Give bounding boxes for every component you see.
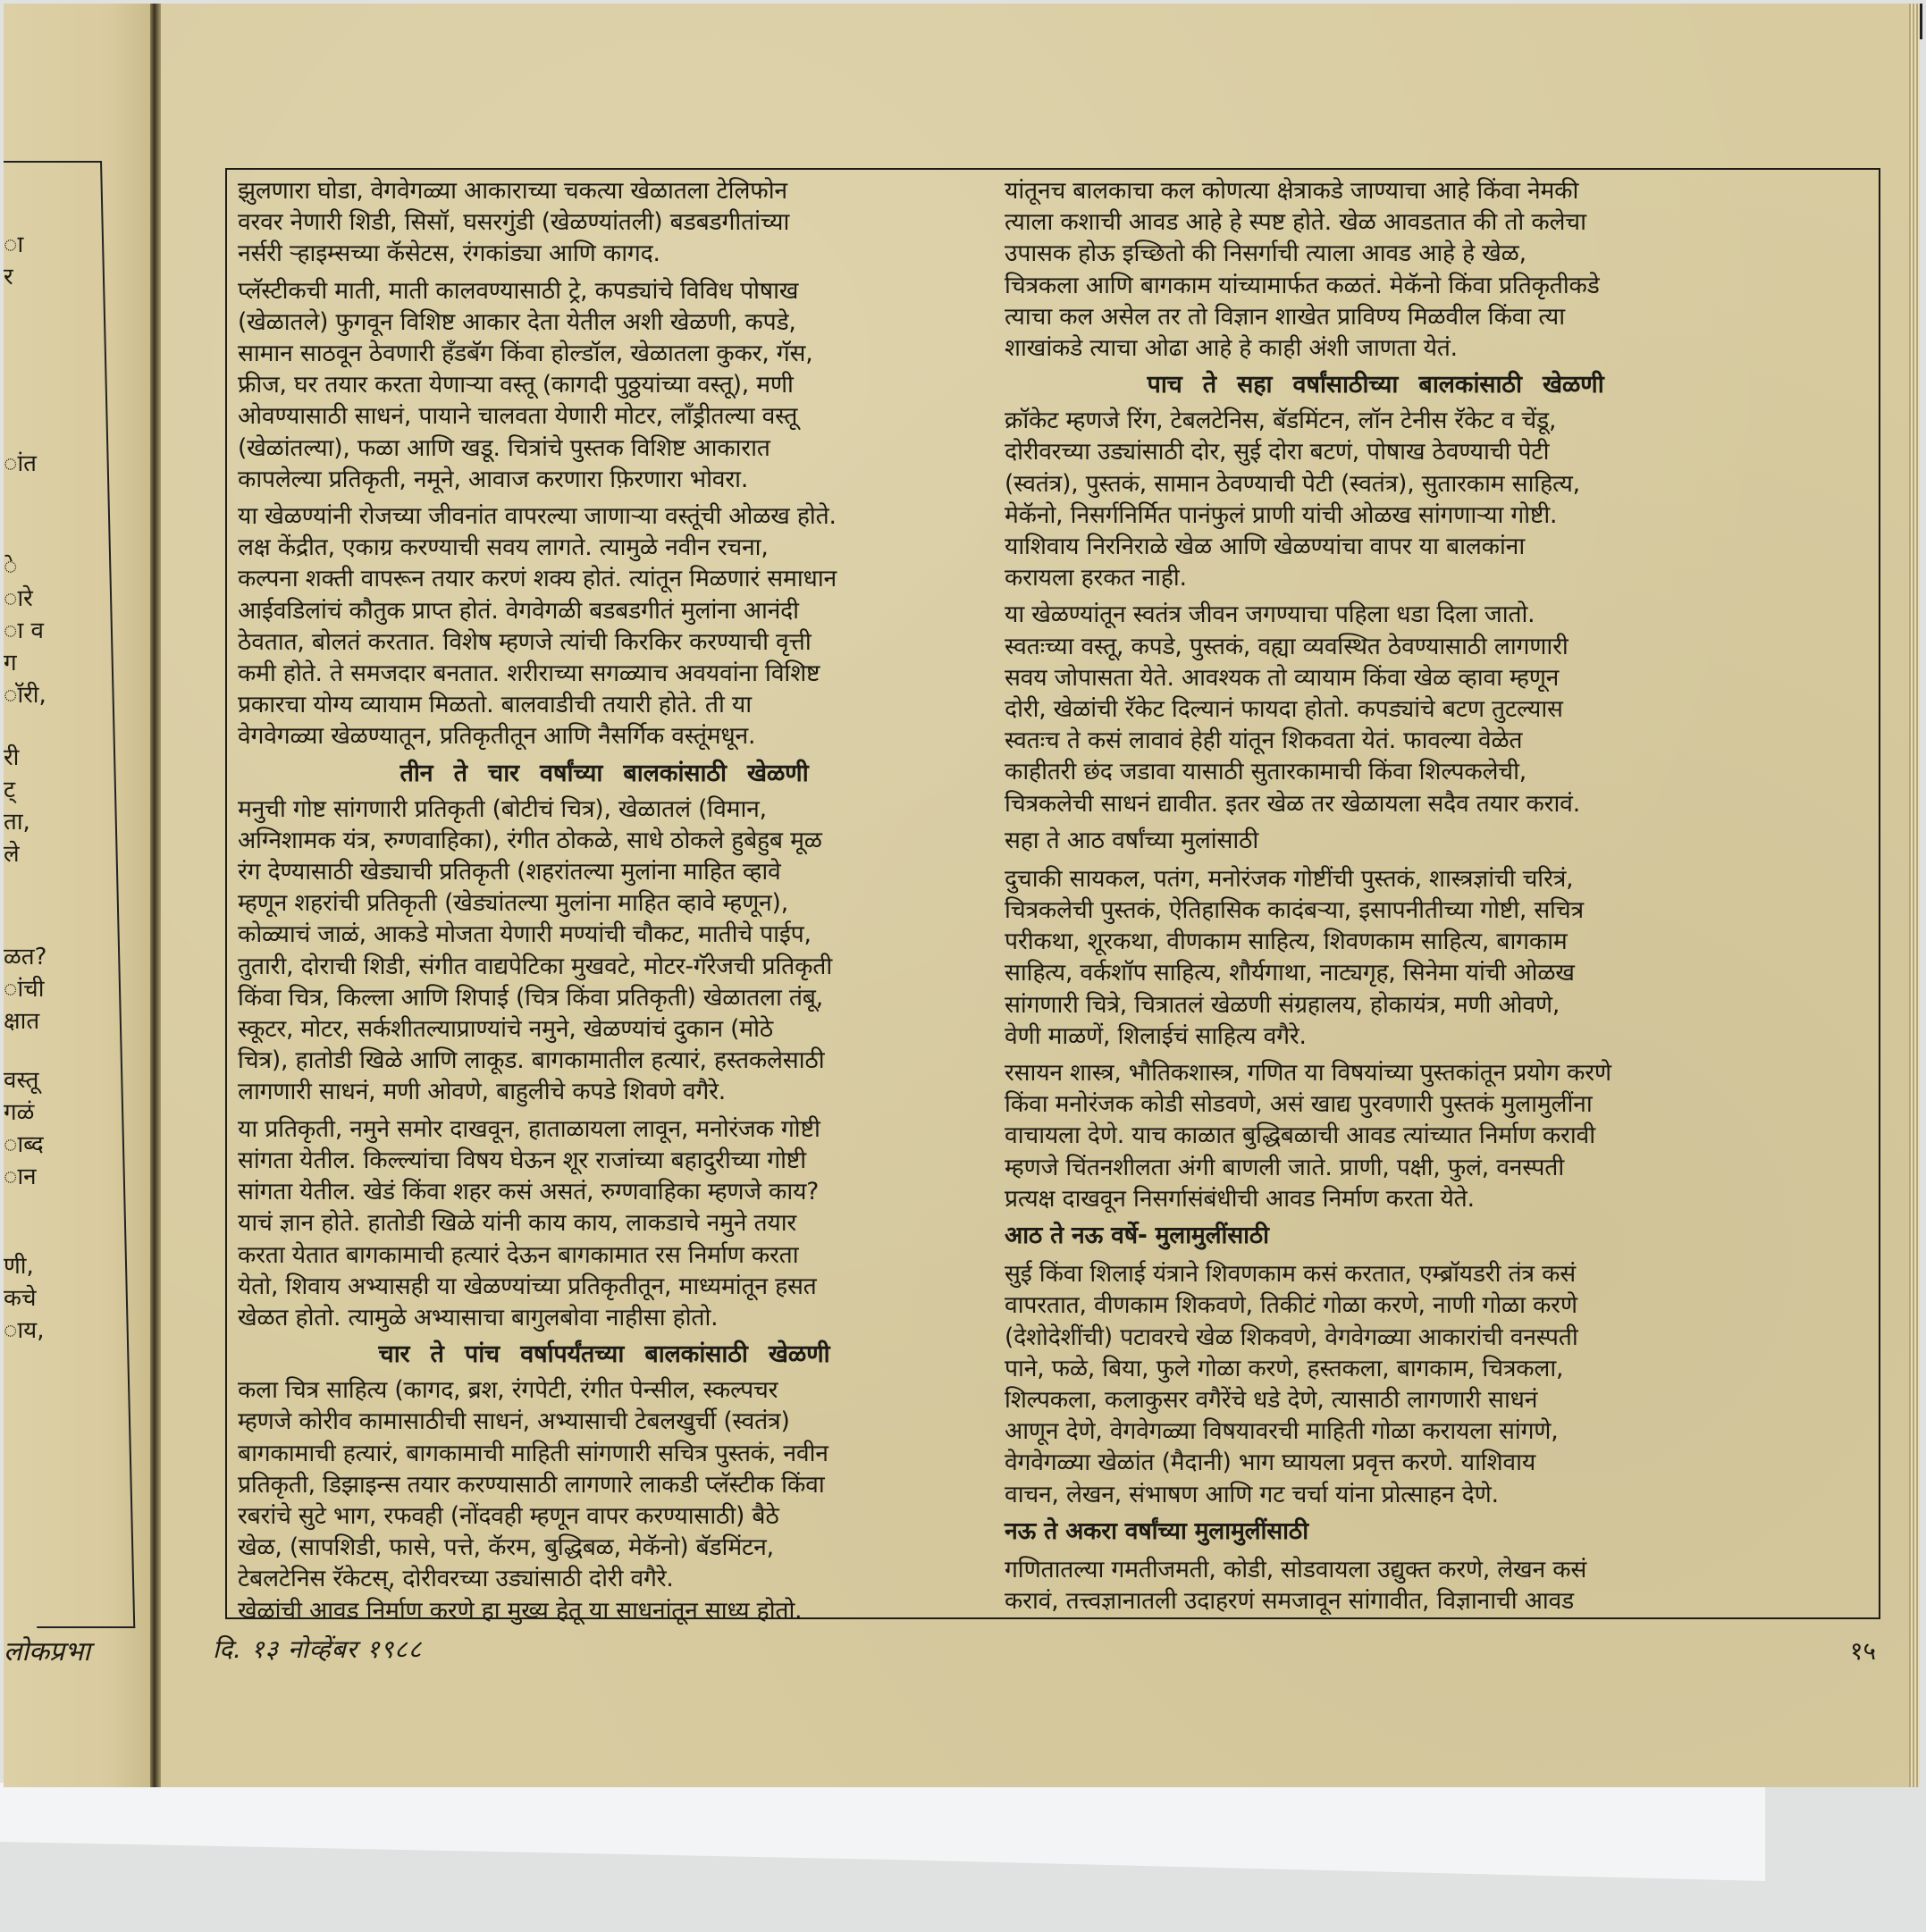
- text-line: त्याचा कल असेल तर तो विज्ञान शाखेत प्राव…: [1005, 301, 1746, 332]
- paragraph: कला चित्र साहित्य (कागद, ब्रश, रंगपेटी, …: [238, 1374, 971, 1594]
- text-line: आईवडिलांचं कौतुक प्राप्त होतं. वेगवेगळी …: [238, 595, 971, 626]
- text-line: म्हणजे कोरीव कामासाठीची साधनं, अभ्यासाची…: [238, 1406, 971, 1437]
- text-line: दुचाकी सायकल, पतंग, मनोरंजक गोष्टींची पु…: [1005, 863, 1746, 895]
- text-fragment: ळत?: [4, 941, 46, 973]
- text-line: पाने, फळे, बिया, फुले गोळा करणे, हस्तकला…: [1005, 1353, 1746, 1384]
- text-line: दोरी, खेळांची रॅकेट दिल्यानं फायदा होतो.…: [1005, 693, 1746, 725]
- text-line: करायला हरकत नाही.: [1005, 562, 1746, 593]
- backing-sheet: [0, 1783, 1765, 1881]
- text-line: यांतूनच बालकाचा कल कोणत्या क्षेत्राकडे ज…: [1005, 175, 1746, 206]
- text-line: सांगता येतील. खेडं किंवा शहर कसं असतं, र…: [238, 1176, 971, 1207]
- text-line: साहित्य, वर्कशॉप साहित्य, शौर्यगाथा, नाट…: [1005, 957, 1746, 988]
- left-column: झुलणारा घोडा, वेगवेगळ्या आकाराच्या चकत्य…: [238, 175, 971, 1632]
- text-line: सामान साठवून ठेवणारी हँडबॅग किंवा होल्डॉ…: [238, 338, 971, 369]
- text-line: कला चित्र साहित्य (कागद, ब्रश, रंगपेटी, …: [238, 1374, 971, 1406]
- closing-line: खेळांची आवड निर्माण करणे हा मुख्य हेतू य…: [238, 1595, 971, 1626]
- text-fragment: वस्तू: [4, 1064, 38, 1096]
- text-fragment: ॉरी,: [4, 679, 46, 711]
- right-column: यांतूनच बालकाचा कल कोणत्या क्षेत्राकडे ज…: [1005, 175, 1746, 1622]
- section-heading: पाच ते सहा वर्षांसाठीच्या बालकांसाठी खेळ…: [1005, 369, 1746, 401]
- section-heading: सहा ते आठ वर्षांच्या मुलांसाठी: [1005, 825, 1746, 856]
- paragraph: प्लॅस्टीकची माती, माती कालवण्यासाठी ट्रे…: [238, 275, 971, 495]
- magazine-title: लोकप्रभा: [4, 1632, 90, 1668]
- text-fragment: र: [4, 261, 13, 293]
- text-line: मेकॅनो, निसर्गनिर्मित पानंफुलं प्राणी या…: [1005, 500, 1746, 531]
- article-box: झुलणारा घोडा, वेगवेगळ्या आकाराच्या चकत्य…: [225, 168, 1880, 1619]
- text-line: गणितातल्या गमतीजमती, कोडी, सोडवायला उद्य…: [1005, 1554, 1746, 1585]
- text-line: वाचन, लेखन, संभाषण आणि गट चर्चा यांना प्…: [1005, 1479, 1746, 1510]
- text-line: शिल्पकला, कलाकुसर वगैरेंचे धडे देणे, त्य…: [1005, 1384, 1746, 1415]
- text-line: किंवा मनोरंजक कोडी सोडवणे, असं खाद्य पुर…: [1005, 1088, 1746, 1120]
- text-line: चित्रकलेची साधनं द्यावीत. इतर खेळ तर खेळ…: [1005, 788, 1746, 819]
- text-line: रबरांचे सुटे भाग, रफवही (नोंदवही म्हणून …: [238, 1500, 971, 1532]
- paragraph: या खेळण्यांनी रोजच्या जीवनांत वापरल्या ज…: [238, 500, 971, 752]
- text-line: सांगणारी चित्रे, चित्रातलं खेळणी संग्रहा…: [1005, 989, 1746, 1021]
- text-fragment: ग: [4, 647, 17, 679]
- text-line: वाचायला देणे. याच काळात बुद्धिबळाची आवड …: [1005, 1120, 1746, 1151]
- paragraph: मनुची गोष्ट सांगणारी प्रतिकृती (बोटीचं च…: [238, 794, 971, 1108]
- text-line: येतो, शिवाय अभ्यासही या खेळण्यांच्या प्र…: [238, 1271, 971, 1302]
- text-line: ठेवतात, बोलतं करतात. विशेष म्हणजे त्यांच…: [238, 626, 971, 658]
- paragraph: या खेळण्यांतून स्वतंत्र जीवन जगण्याचा पह…: [1005, 599, 1746, 819]
- page-edge-right: [1909, 4, 1920, 1787]
- text-line: मनुची गोष्ट सांगणारी प्रतिकृती (बोटीचं च…: [238, 794, 971, 825]
- text-line: सवय जोपासता येते. आवश्यक तो व्यायाम किंव…: [1005, 662, 1746, 693]
- text-line: म्हणून शहरांची प्रतिकृती (खेड्यांतल्या म…: [238, 887, 971, 919]
- text-line: लक्ष केंद्रीत, एकाग्र करण्याची सवय लागते…: [238, 532, 971, 563]
- paragraph: दुचाकी सायकल, पतंग, मनोरंजक गोष्टींची पु…: [1005, 863, 1746, 1052]
- text-line: आणून देणे, वेगवेगळ्या विषयावरची माहिती ग…: [1005, 1415, 1746, 1447]
- text-line: वेगवेगळ्या खेळांत (मैदानी) भाग घ्यायला प…: [1005, 1447, 1746, 1478]
- text-line: वापरतात, वीणकाम शिकवणे, तिकीटं गोळा करणे…: [1005, 1289, 1746, 1321]
- text-line: प्लॅस्टीकची माती, माती कालवण्यासाठी ट्रे…: [238, 275, 971, 307]
- text-line: लागणारी साधनं, मणी ओवणे, बाहुलीचे कपडे श…: [238, 1076, 971, 1107]
- text-fragment: ाय,: [4, 1315, 45, 1347]
- section-heading: आठ ते नऊ वर्षे- मुलामुलींसाठी: [1005, 1220, 1746, 1251]
- text-fragment: ता,: [4, 806, 30, 838]
- book-spine: [150, 4, 161, 1787]
- text-line: (देशोदेशींची) पटावरचे खेळ शिकवणे, वेगवेग…: [1005, 1322, 1746, 1353]
- paragraph: यांतूनच बालकाचा कल कोणत्या क्षेत्राकडे ज…: [1005, 175, 1746, 364]
- paragraph: रसायन शास्त्र, भौतिकशास्त्र, गणित या विष…: [1005, 1057, 1746, 1214]
- text-line: सांगता येतील. किल्ल्यांचा विषय घेऊन शूर …: [238, 1145, 971, 1176]
- text-line: शाखांकडे त्याचा ओढा आहे हे काही अंशी जाण…: [1005, 332, 1746, 364]
- text-line: ओवण्यासाठी साधनं, पायाने चालवता येणारी म…: [238, 400, 971, 432]
- text-line: काहीतरी छंद जडावा यासाठी सुतारकामाची किं…: [1005, 756, 1746, 787]
- text-fragment: क्षात: [4, 1005, 39, 1037]
- section-heading: नऊ ते अकरा वर्षांच्या मुलामुलींसाठी: [1005, 1516, 1746, 1547]
- text-line: खेळत होतो. त्यामुळे अभ्यासाचा बागुलबोवा …: [238, 1302, 971, 1333]
- text-line: या खेळण्यांनी रोजच्या जीवनांत वापरल्या ज…: [238, 500, 971, 532]
- text-line: स्वतःच ते कसं लावावं हेही यांतून शिकवता …: [1005, 725, 1746, 756]
- text-line: (खेळांतल्या), फळा आणि खडू. चित्रांचे पुस…: [238, 433, 971, 464]
- text-line: टेबलटेनिस रॅकेटस्, दोरीवरच्या उड्यांसाठी…: [238, 1563, 971, 1594]
- text-line: स्कूटर, मोटर, सर्कशीतल्याप्राण्यांचे नमु…: [238, 1013, 971, 1045]
- text-line: कापलेल्या प्रतिकृती, नमूने, आवाज करणारा …: [238, 464, 971, 495]
- text-line: किंवा चित्र, किल्ला आणि शिपाई (चित्र किं…: [238, 982, 971, 1013]
- text-line: चित्रकला आणि बागकाम यांच्यामार्फत कळतं. …: [1005, 270, 1746, 301]
- text-line: वेगवेगळ्या खेळण्यातून, प्रतिकृतीतून आणि …: [238, 720, 971, 752]
- text-line: प्रत्यक्ष दाखवून निसर्गासंबंधीची आवड निर…: [1005, 1183, 1746, 1214]
- text-fragment: ले: [4, 838, 20, 870]
- main-page: झुलणारा घोडा, वेगवेगळ्या आकाराच्या चकत्य…: [161, 4, 1920, 1787]
- text-line: कल्पना शक्ती वापरून तयार करणं शक्य होतं.…: [238, 563, 971, 594]
- text-fragment: ारे: [4, 583, 33, 615]
- text-fragment: ांत: [4, 448, 37, 480]
- paragraph: गणितातल्या गमतीजमती, कोडी, सोडवायला उद्य…: [1005, 1554, 1746, 1617]
- text-fragment: े: [4, 550, 17, 583]
- text-fragment: ा: [4, 229, 23, 261]
- text-line: परीकथा, शूरकथा, वीणकाम साहित्य, शिवणकाम …: [1005, 926, 1746, 957]
- text-line: फ्रीज, घर तयार करता येणाऱ्या वस्तू (कागद…: [238, 369, 971, 400]
- text-line: कोळ्याचं जाळं, आकडे मोजता येणारी मण्यांच…: [238, 919, 971, 950]
- text-fragment: ांची: [4, 973, 44, 1005]
- text-line: म्हणजे चिंतनशीलता अंगी बाणली जाते. प्राण…: [1005, 1152, 1746, 1183]
- text-fragment: ट्: [4, 774, 15, 806]
- paragraph: या प्रतिकृती, नमुने समोर दाखवून, हाताळाय…: [238, 1113, 971, 1333]
- text-fragment: गळं: [4, 1096, 34, 1129]
- text-line: सुई किंवा शिलाई यंत्राने शिवणकाम कसं करत…: [1005, 1258, 1746, 1289]
- text-line: करावं, तत्त्वज्ञानातली उदाहरणं समजावून स…: [1005, 1585, 1746, 1617]
- text-line: अग्निशामक यंत्र, रुग्णवाहिका), रंगीत ठोक…: [238, 825, 971, 856]
- text-line: त्याला कशाची आवड आहे हे स्पष्ट होते. खेळ…: [1005, 206, 1746, 238]
- text-line: नर्सरी ऱ्हाइम्सच्या कॅसेटस, रंगकांड्या आ…: [238, 238, 971, 269]
- section-heading: चार ते पांच वर्षापर्यंतच्या बालकांसाठी ख…: [238, 1339, 971, 1371]
- text-line: तुतारी, दोराची शिडी, संगीत वाद्यपेटिका म…: [238, 951, 971, 982]
- text-line: चित्र), हातोडी खिळे आणि लाकूड. बागकामाती…: [238, 1045, 971, 1076]
- text-fragment: ा व: [4, 615, 44, 647]
- text-line: वेणी माळणें, शिलाईचं साहित्य वगैरे.: [1005, 1021, 1746, 1052]
- intro-paragraph: झुलणारा घोडा, वेगवेगळ्या आकाराच्या चकत्य…: [238, 175, 971, 270]
- issue-date: दि. १३ नोव्हेंबर १९८८: [213, 1632, 422, 1666]
- text-line: खेळ, (सापशिडी, फासे, पत्ते, कॅरम, बुद्धि…: [238, 1532, 971, 1563]
- text-line: करता येतात बागकामाची हत्यारं देऊन बागकाम…: [238, 1239, 971, 1271]
- text-fragment: णी,: [4, 1250, 34, 1282]
- text-line: (स्वतंत्र), पुस्तकं, सामान ठेवण्याची पेट…: [1005, 468, 1746, 500]
- text-line: प्रकारचा योग्य व्यायाम मिळतो. बालवाडीची …: [238, 689, 971, 720]
- text-line: स्वतःच्या वस्तू, कपडे, पुस्तकं, वह्या व्…: [1005, 631, 1746, 662]
- text-line: कमी होते. ते समजदार बनतात. शरीराच्या सगळ…: [238, 658, 971, 689]
- text-fragment: ाब्द: [4, 1129, 44, 1161]
- text-line: वरवर नेणारी शिडी, सिसॉ, घसरगुंडी (खेळण्य…: [238, 206, 971, 238]
- text-line: रंग देण्यासाठी खेड्याची प्रतिकृती (शहरां…: [238, 856, 971, 887]
- text-line: रसायन शास्त्र, भौतिकशास्त्र, गणित या विष…: [1005, 1057, 1746, 1088]
- left-page-edge: ारांतेारेा वगॉरी,रीट्ता,लेळत?ांचीक्षातवस…: [4, 4, 154, 1787]
- text-line: चित्रकलेची पुस्तकं, ऐतिहासिक कादंबऱ्या, …: [1005, 895, 1746, 926]
- text-fragment: ान: [4, 1161, 37, 1193]
- text-line: (खेळातले) फुगवून विशिष्ट आकार देता येतील…: [238, 307, 971, 338]
- text-line: या खेळण्यांतून स्वतंत्र जीवन जगण्याचा पह…: [1005, 599, 1746, 630]
- text-line: उपासक होऊ इच्छितो की निसर्गाची त्याला आव…: [1005, 238, 1746, 269]
- section-heading: तीन ते चार वर्षांच्या बालकांसाठी खेळणी: [238, 758, 971, 790]
- text-line: या प्रतिकृती, नमुने समोर दाखवून, हाताळाय…: [238, 1113, 971, 1145]
- paragraph: सुई किंवा शिलाई यंत्राने शिवणकाम कसं करत…: [1005, 1258, 1746, 1510]
- left-page-frame: [4, 161, 135, 1628]
- text-line: बागकामाची हत्यारं, बागकामाची माहिती सांग…: [238, 1438, 971, 1469]
- page-number: १५: [1850, 1634, 1876, 1667]
- text-line: याचं ज्ञान होते. हातोडी खिळे यांनी काय क…: [238, 1207, 971, 1239]
- text-fragment: कचे: [4, 1282, 36, 1315]
- text-line: याशिवाय निरनिराळे खेळ आणि खेळण्यांचा वाप…: [1005, 531, 1746, 562]
- paragraph: क्रॉकेट म्हणजे रिंग, टेबलटेनिस, बॅडमिंटन…: [1005, 405, 1746, 593]
- text-line: झुलणारा घोडा, वेगवेगळ्या आकाराच्या चकत्य…: [238, 175, 971, 206]
- text-line: क्रॉकेट म्हणजे रिंग, टेबलटेनिस, बॅडमिंटन…: [1005, 405, 1746, 436]
- text-line: दोरीवरच्या उड्यांसाठी दोर, सुई दोरा बटणं…: [1005, 436, 1746, 467]
- text-fragment: री: [4, 742, 19, 774]
- text-line: प्रतिकृती, डिझाइन्स तयार करण्यासाठी लागण…: [238, 1469, 971, 1500]
